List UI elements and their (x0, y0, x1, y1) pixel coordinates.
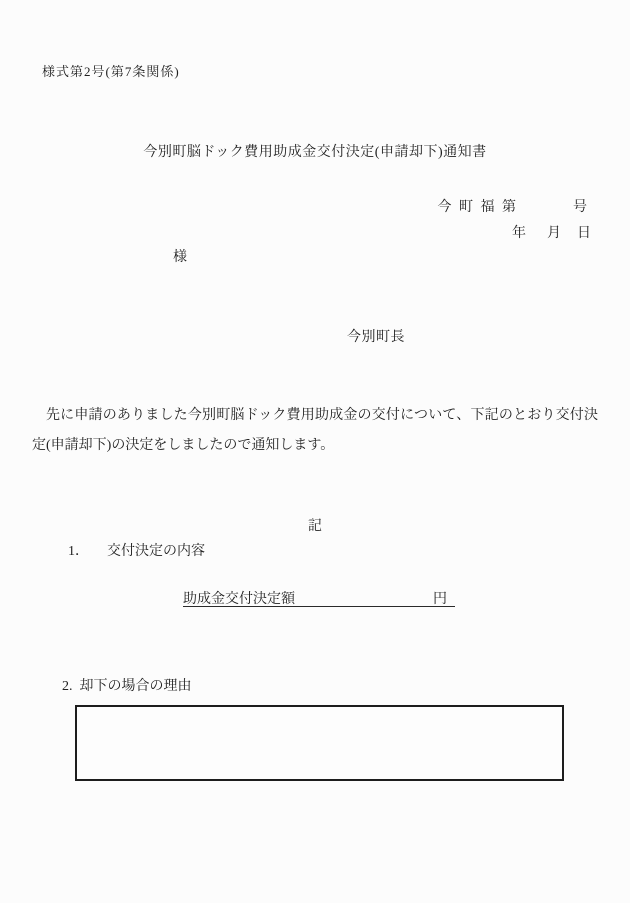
reference-number-line: 今 町 福 第号 (438, 196, 590, 216)
item-1-heading: 1．交付決定の内容 (68, 540, 205, 560)
item-2-number: 2. (62, 679, 73, 694)
document-page: 様式第2号(第7条関係) 今別町脳ドック費用助成金交付決定(申請却下)通知書 今… (0, 0, 630, 903)
date-year-label: 年 (512, 226, 526, 241)
date-month-label: 月 (547, 226, 561, 241)
amount-decision-line: 助成金交付決定額 円 (183, 588, 455, 607)
item-2-label: 却下の場合の理由 (80, 679, 192, 694)
amount-unit-label: 円 (433, 588, 447, 608)
date-line: 年月日 (512, 222, 591, 242)
item-1-number: 1． (68, 544, 89, 559)
item-1-label: 交付決定の内容 (107, 544, 205, 559)
form-number-label: 様式第2号(第7条関係) (42, 61, 180, 80)
item-2-heading: 2.却下の場合の理由 (62, 675, 192, 695)
body-paragraph: 先に申請のありました今別町脳ドック費用助成金の交付について、下記のとおり交付決定… (32, 401, 598, 461)
sender-title: 今別町長 (347, 326, 405, 346)
document-title: 今別町脳ドック費用助成金交付決定(申請却下)通知書 (0, 141, 630, 161)
rejection-reason-box (75, 705, 564, 781)
addressee-honorific: 様 (173, 246, 187, 266)
reference-number-prefix: 今 町 福 第 (438, 200, 519, 215)
amount-label: 助成金交付決定額 (183, 588, 295, 608)
record-marker: 記 (0, 515, 630, 535)
reference-number-unit: 号 (573, 200, 589, 215)
date-day-label: 日 (577, 226, 591, 241)
